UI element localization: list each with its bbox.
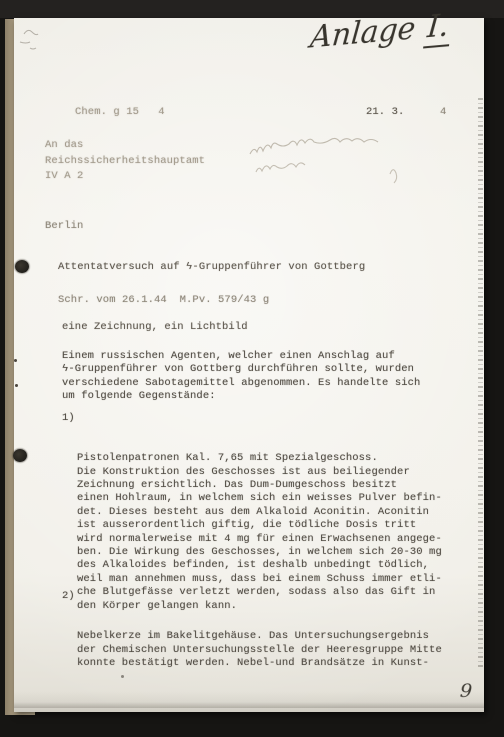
date: 21. 3. (366, 106, 404, 119)
pencil-scribble-top-left (16, 24, 52, 54)
reference-line: Schr. vom 26.1.44 M.Pv. 579/43 g (58, 294, 269, 307)
pencil-annotation-illegible (242, 136, 442, 196)
photographed-document: AnlageI. Chem. g 15 4 21. 3. 4 An dasRei… (0, 0, 504, 737)
body-intro: Einem russischen Agenten, welcher einen … (62, 350, 420, 404)
hole-punch-top (15, 260, 29, 273)
list-item-2: 2) Nebelkerze im Bakelitgehäuse. Das Unt… (62, 590, 442, 697)
recipient-address: An dasReichssicherheitshauptamtIV A 2 (45, 138, 205, 185)
date-suffix: 4 (440, 106, 446, 119)
hole-punch-bottom (13, 449, 27, 462)
list-item-2-text: Nebelkerze im Bakelitgehäuse. Das Unters… (77, 630, 442, 670)
anlage-word: Anlage (309, 11, 417, 56)
place-line: Berlin (45, 220, 83, 233)
right-edge-print-through (478, 98, 483, 668)
file-reference: Chem. g 15 4 (75, 106, 165, 119)
enclosures-line: eine Zeichnung, ein Lichtbild (62, 321, 248, 334)
edge-speck (15, 384, 18, 387)
handwritten-page-number: 9 (459, 680, 473, 703)
list-item-2-number: 2) (62, 590, 75, 603)
subject-line: Attentatversuch auf ϟ-Gruppenführer von … (58, 261, 365, 274)
edge-speck (14, 359, 17, 362)
document-page: AnlageI. Chem. g 15 4 21. 3. 4 An dasRei… (14, 18, 484, 712)
anlage-numeral: I. (424, 8, 453, 49)
list-item-1-number: 1) (62, 412, 75, 425)
list-item-1-text: Pistolenpatronen Kal. 7,65 mit Spezialge… (77, 452, 442, 613)
